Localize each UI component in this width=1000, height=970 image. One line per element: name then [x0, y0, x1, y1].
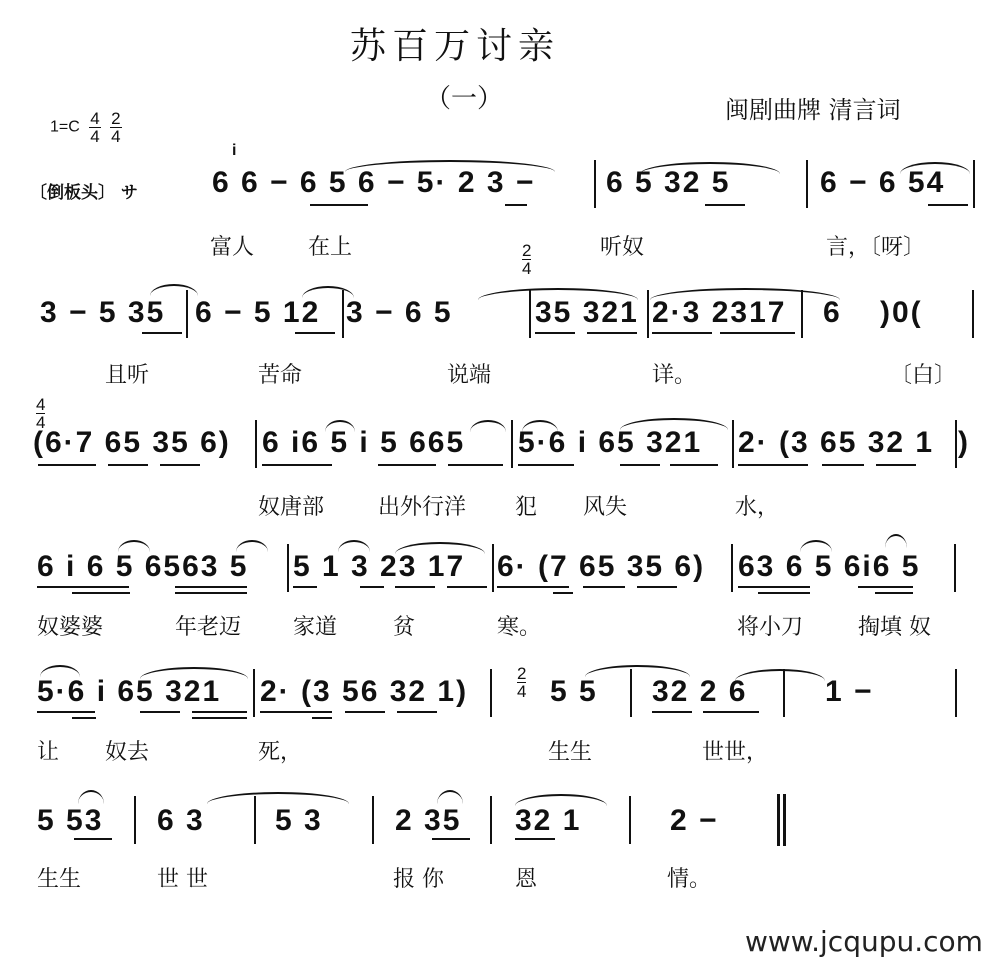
- slur: [620, 418, 728, 430]
- underline: [142, 332, 182, 334]
- credit-line: 闽剧曲牌 清言词: [725, 90, 901, 125]
- lyric: 生生: [37, 862, 81, 893]
- underline: [397, 711, 437, 713]
- underline: [928, 204, 968, 206]
- lyric: 世世，: [702, 735, 768, 766]
- bar-line: [490, 669, 492, 717]
- slur: [735, 669, 825, 681]
- underline: [652, 711, 692, 713]
- underline: [295, 332, 335, 334]
- bar-line: [372, 796, 374, 844]
- measure: 2· (3 56 32 1): [260, 675, 468, 709]
- underline: [345, 711, 385, 713]
- bar-line: [732, 420, 734, 468]
- measure: 1 −: [825, 675, 874, 709]
- underline: [310, 204, 368, 206]
- underline: [652, 332, 712, 334]
- score-line-3: (6·7 65 35 6) 6 i6 5 i 5 665 5·6 i 65 32…: [0, 410, 1000, 520]
- lyric: 生生: [548, 735, 592, 766]
- measure: 63 6 5 6i6 5: [738, 550, 920, 584]
- lyric: 年老迈: [175, 610, 241, 641]
- bar-line: [490, 796, 492, 844]
- paren: ): [958, 426, 970, 460]
- underline: [583, 586, 625, 588]
- measure: 3 − 6 5: [346, 296, 453, 330]
- measure: 2 35: [395, 804, 461, 838]
- slur: [40, 665, 80, 677]
- underline: [140, 711, 180, 713]
- measure: 6 − 5 12: [195, 296, 320, 330]
- lyric: 风失: [583, 490, 627, 521]
- slur: [437, 790, 463, 804]
- underline: [378, 464, 436, 466]
- measure: 6 i6 5 i 5 665: [262, 426, 465, 460]
- lyric: 将小刀: [737, 610, 803, 641]
- section-number: （一）: [425, 78, 503, 115]
- lyric: 听奴: [600, 230, 644, 261]
- underline: [875, 592, 913, 594]
- fermata: [885, 534, 907, 548]
- underline: [587, 332, 637, 334]
- bar-line: [253, 669, 255, 717]
- score-line-5: 5·6 i 65 321 2· (3 56 32 1) 5 5 32 2 6 1…: [0, 665, 1000, 775]
- underline: [72, 717, 96, 719]
- bar-line: [287, 544, 289, 592]
- underline: [432, 838, 470, 840]
- lyric: 说端: [447, 358, 491, 389]
- slur: [118, 540, 150, 552]
- lyric: 且听: [105, 358, 149, 389]
- lyric: 让: [37, 735, 59, 766]
- score-line-6: 5 53 6 3 5 3 2 35 32 1 2 − 生生 世 世 报 你 恩 …: [0, 790, 1000, 900]
- underline: [703, 711, 759, 713]
- measure: 32 2 6: [652, 675, 747, 709]
- measure: 5 53: [37, 804, 103, 838]
- underline: [448, 464, 503, 466]
- measure: 2 −: [670, 804, 719, 838]
- underline: [705, 204, 745, 206]
- lyric: 报 你: [393, 862, 444, 893]
- measure: 35 321: [535, 296, 639, 330]
- underline: [175, 586, 247, 588]
- lyric: 富人: [210, 230, 254, 261]
- measure: 3 − 5 35: [40, 296, 165, 330]
- slur: [338, 540, 370, 552]
- key-signature: 1=C 44 24: [50, 110, 122, 145]
- slur: [395, 542, 485, 554]
- lyric: 家道: [293, 610, 337, 641]
- slur: [470, 420, 506, 432]
- bar-line: [955, 420, 957, 468]
- underline: [360, 586, 384, 588]
- bar-line: [594, 160, 596, 208]
- slur: [140, 667, 248, 679]
- time-signature-2: 24: [110, 110, 121, 145]
- lyric: 世 世: [157, 862, 208, 893]
- underline: [758, 592, 810, 594]
- lyric: 恩: [515, 862, 537, 893]
- underline: [37, 711, 95, 713]
- underline: [108, 464, 148, 466]
- lyric: 情。: [667, 862, 711, 893]
- lyric: 犯: [515, 490, 537, 521]
- bar-line: [972, 290, 974, 338]
- slur: [650, 288, 840, 300]
- underline: [876, 464, 916, 466]
- measure: 5 5: [550, 675, 598, 709]
- underline: [637, 586, 677, 588]
- underline: [505, 204, 527, 206]
- slur: [302, 286, 354, 298]
- measure: 6· (7 65 35 6): [497, 550, 705, 584]
- underline: [37, 586, 129, 588]
- slur: [345, 160, 555, 172]
- slur: [478, 288, 638, 300]
- bar-line: [955, 669, 957, 717]
- score-line-2: 3 − 5 35 6 − 5 12 3 − 6 5 35 321 2·3 231…: [0, 280, 1000, 390]
- slur: [515, 794, 607, 806]
- bar-line: [973, 160, 975, 208]
- lyric: 〔白〕: [890, 358, 956, 389]
- score-line-1: 6 6 − 6 5 6 − 5· 2 3 − 6 5 32 5 6 − 6 54…: [0, 150, 1000, 260]
- measure: 5 1 3 23 17: [293, 550, 465, 584]
- slur: [900, 162, 970, 174]
- lyric: 死，: [258, 735, 302, 766]
- lyric: 在上: [308, 230, 352, 261]
- measure: 32 1: [515, 804, 581, 838]
- bar-line: [731, 544, 733, 592]
- watermark: www.jcqupu.com: [745, 925, 983, 958]
- time-signature-1: 44: [89, 110, 100, 145]
- bar-line: [134, 796, 136, 844]
- underline: [312, 717, 332, 719]
- final-bar-line: [777, 794, 780, 846]
- bar-line: [647, 290, 649, 338]
- underline: [293, 586, 317, 588]
- slur: [150, 284, 198, 296]
- lyric: 奴唐部: [258, 490, 324, 521]
- time-change: 24: [522, 242, 531, 277]
- underline: [447, 586, 487, 588]
- underline: [738, 464, 808, 466]
- bar-line: [629, 796, 631, 844]
- bar-line: [492, 544, 494, 592]
- key-label: 1=C: [50, 119, 80, 136]
- lyric: 水，: [735, 490, 779, 521]
- lyric: 详。: [652, 358, 696, 389]
- lyric: 寒。: [497, 610, 541, 641]
- measure: 2· (3 65 32 1: [738, 426, 934, 460]
- underline: [160, 464, 200, 466]
- bar-line: [954, 544, 956, 592]
- rest-segment: )0(: [880, 296, 923, 330]
- bar-line: [255, 420, 257, 468]
- underline: [535, 332, 575, 334]
- underline: [175, 592, 247, 594]
- song-title: 苏百万讨亲: [350, 18, 560, 69]
- underline: [192, 717, 247, 719]
- lyric: 奴婆婆: [37, 610, 103, 641]
- slur: [800, 540, 832, 552]
- underline: [74, 838, 112, 840]
- bar-line: [806, 160, 808, 208]
- measure: (6·7 65 35 6): [33, 426, 231, 460]
- underline: [553, 592, 573, 594]
- measure: 6 i 6 5 6563 5: [37, 550, 249, 584]
- slur: [640, 162, 780, 174]
- underline: [260, 711, 332, 713]
- measure: 2·3 2317: [652, 296, 786, 330]
- bar-line: [186, 290, 188, 338]
- underline: [670, 464, 718, 466]
- underline: [822, 464, 864, 466]
- underline: [518, 464, 574, 466]
- lyric: 奴去: [105, 735, 149, 766]
- slur: [236, 540, 268, 552]
- underline: [738, 586, 810, 588]
- underline: [72, 592, 130, 594]
- lyric: 苦命: [258, 358, 302, 389]
- slur: [522, 420, 558, 432]
- bar-line: [511, 420, 513, 468]
- underline: [192, 711, 247, 713]
- measure: 6: [823, 296, 842, 330]
- underline: [395, 586, 435, 588]
- measure: 5 3: [275, 804, 323, 838]
- lyric: 贫: [393, 610, 415, 641]
- slur: [207, 792, 349, 804]
- final-bar-line: [783, 794, 786, 846]
- score-line-4: 6 i 6 5 6563 5 5 1 3 23 17 6· (7 65 35 6…: [0, 540, 1000, 650]
- measure: 5·6 i 65 321: [37, 675, 221, 709]
- slur: [78, 790, 104, 804]
- underline: [858, 586, 913, 588]
- underline: [515, 838, 555, 840]
- underline: [720, 332, 795, 334]
- underline: [497, 586, 569, 588]
- underline: [262, 464, 332, 466]
- lyric: 言，〔呀〕: [826, 230, 925, 261]
- lyric: 出外行洋: [378, 490, 466, 521]
- slur: [325, 420, 355, 432]
- slur: [585, 665, 690, 677]
- lyric: 掏填 奴: [858, 610, 931, 641]
- measure: 6 3: [157, 804, 205, 838]
- underline: [38, 464, 96, 466]
- underline: [620, 464, 660, 466]
